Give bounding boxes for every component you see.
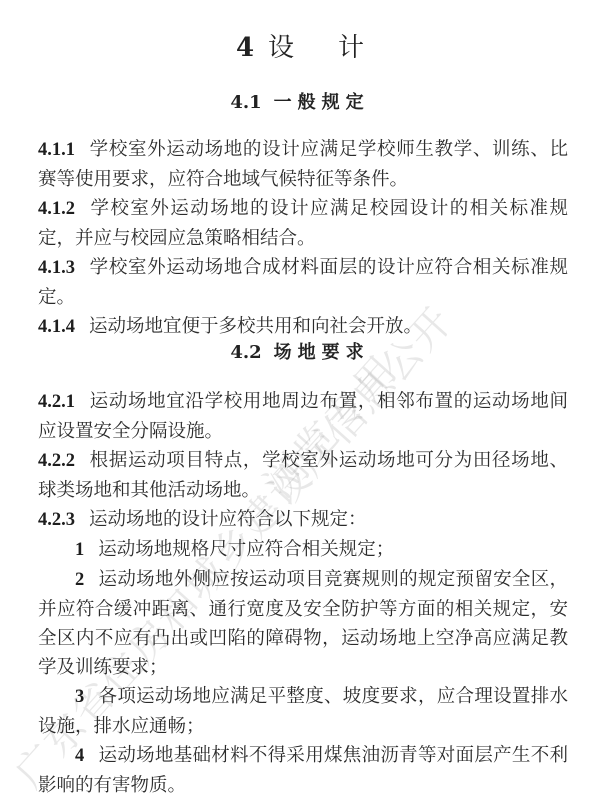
section-number: 4.1 — [230, 92, 261, 113]
clause-4-1-3: 4.1.3学校室外运动场地合成材料面层的设计应符合相关标准规定。 — [38, 253, 568, 312]
list-item-4: 4运动场地基础材料不得采用煤焦油沥青等对面层产生不利影响的有害物质。 — [38, 741, 568, 800]
item-number: 3 — [75, 687, 84, 707]
section-title-4-1: 4.1一般规定 — [0, 90, 600, 116]
clause-text: 运动场地的设计应符合以下规定： — [89, 509, 367, 530]
clause-number: 4.2.1 — [38, 392, 75, 412]
item-text: 运动场地外侧应按运动项目竞赛规则的规定预留安全区，并应符合缓冲距离、通行宽度及安… — [38, 569, 568, 678]
clause-4-2-3: 4.2.3运动场地的设计应符合以下规定： — [38, 505, 568, 535]
clause-number: 4.1.3 — [38, 258, 75, 278]
clause-text: 运动场地宜便于多校共用和向社会开放。 — [89, 316, 422, 337]
clause-number: 4.1.2 — [38, 199, 75, 219]
item-number: 4 — [75, 746, 84, 766]
chapter-title-part1: 设 — [268, 33, 294, 63]
clause-text: 学校室外运动场地的设计应满足学校师生教学、训练、比赛等使用要求，应符合地域气候特… — [38, 139, 568, 190]
document-page: 广东省住房和城乡建设厅信息公开 浏览专用 4设计 4.1一般规定 4.1.1学校… — [0, 0, 600, 801]
item-text: 运动场地规格尺寸应符合相关规定； — [98, 539, 394, 560]
clause-number: 4.2.3 — [38, 510, 75, 530]
section-4-2-body: 4.2.1运动场地宜沿学校用地周边布置，相邻布置的运动场地间应设置安全分隔设施。… — [38, 387, 568, 800]
item-text: 各项运动场地应满足平整度、坡度要求，应合理设置排水设施，排水应通畅； — [38, 686, 568, 737]
list-item-1: 1运动场地规格尺寸应符合相关规定； — [38, 535, 568, 565]
clause-number: 4.1.1 — [38, 140, 75, 160]
clause-4-1-2: 4.1.2学校室外运动场地的设计应满足校园设计的相关标准规定，并应与校园应急策略… — [38, 194, 568, 253]
list-item-2: 2运动场地外侧应按运动项目竞赛规则的规定预留安全区，并应符合缓冲距离、通行宽度及… — [38, 565, 568, 682]
chapter-title: 4设计 — [0, 30, 600, 66]
section-title-4-2: 4.2场地要求 — [0, 340, 600, 366]
section-number: 4.2 — [230, 342, 261, 363]
clause-4-1-4: 4.1.4运动场地宜便于多校共用和向社会开放。 — [38, 312, 568, 342]
clause-4-2-1: 4.2.1运动场地宜沿学校用地周边布置，相邻布置的运动场地间应设置安全分隔设施。 — [38, 387, 568, 446]
chapter-title-part2: 计 — [338, 33, 364, 63]
item-text: 运动场地基础材料不得采用煤焦油沥青等对面层产生不利影响的有害物质。 — [38, 745, 568, 796]
clause-text: 根据运动项目特点，学校室外运动场地可分为田径场地、球类场地和其他活动场地。 — [38, 450, 568, 501]
section-4-1-body: 4.1.1学校室外运动场地的设计应满足学校师生教学、训练、比赛等使用要求，应符合… — [38, 135, 568, 342]
section-title-text: 场地要求 — [274, 342, 370, 363]
section-title-text: 一般规定 — [274, 92, 370, 113]
clause-number: 4.1.4 — [38, 317, 75, 337]
chapter-number: 4 — [236, 33, 254, 63]
clause-text: 学校室外运动场地的设计应满足校园设计的相关标准规定，并应与校园应急策略相结合。 — [38, 198, 568, 249]
clause-text: 运动场地宜沿学校用地周边布置，相邻布置的运动场地间应设置安全分隔设施。 — [38, 391, 568, 442]
item-number: 2 — [75, 570, 84, 590]
clause-text: 学校室外运动场地合成材料面层的设计应符合相关标准规定。 — [38, 257, 568, 308]
clause-4-2-2: 4.2.2根据运动项目特点，学校室外运动场地可分为田径场地、球类场地和其他活动场… — [38, 446, 568, 505]
item-number: 1 — [75, 540, 84, 560]
clause-number: 4.2.2 — [38, 451, 75, 471]
list-item-3: 3各项运动场地应满足平整度、坡度要求，应合理设置排水设施，排水应通畅； — [38, 682, 568, 741]
clause-4-1-1: 4.1.1学校室外运动场地的设计应满足学校师生教学、训练、比赛等使用要求，应符合… — [38, 135, 568, 194]
